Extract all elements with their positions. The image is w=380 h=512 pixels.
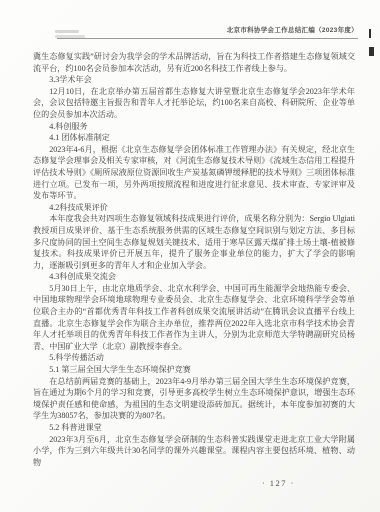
section-heading: 5.科学传播活动 bbox=[33, 352, 355, 364]
body-paragraph: 在总结前两届竞赛的基础上，2023年4-9月举办第三届全国大学生生态环境保护竞赛… bbox=[33, 376, 355, 422]
page-number: · 127 · bbox=[262, 478, 295, 488]
page-edge-tab-bar bbox=[369, 47, 374, 56]
body-paragraph: 2023年3月至6月，北京生态修复学会研制的生态科普实践课堂走进北京工业大学附属… bbox=[33, 434, 355, 469]
faded-stamp-line bbox=[55, 30, 79, 33]
page-edge-tab-bar bbox=[369, 29, 371, 38]
faded-stamp bbox=[55, 30, 85, 38]
body-paragraph: 本年度我会共对四项生态修复领域科技成果进行评价，成果名称分别为：Sergio U… bbox=[33, 213, 355, 271]
section-heading: 5.2 科普进课堂 bbox=[33, 422, 355, 434]
header-rule bbox=[57, 38, 358, 39]
section-heading: 3.3学术年会 bbox=[33, 74, 355, 86]
body-paragraph: 5月30日上午，由北京地质学会、北京水利学会、中国可再生能源学会地热能专委会、中… bbox=[33, 283, 355, 353]
section-heading: 4.1 团体标准制定 bbox=[33, 132, 355, 144]
page-footer: · 127 · bbox=[33, 473, 295, 491]
section-heading: 4.科创服务 bbox=[33, 121, 355, 133]
document-body: 冀生态修复实践”研讨会为我学会的学术品牌活动，旨在为科技工作者搭建生态修复领域交… bbox=[33, 51, 355, 468]
body-paragraph: 12月10日，在北京举办第五届首都生态修复大讲堂暨北京生态修复学会2023年学术… bbox=[33, 86, 355, 121]
section-heading: 5.1 第三届全国大学生生态环境保护竞赛 bbox=[33, 364, 355, 376]
body-paragraph: 冀生态修复实践”研讨会为我学会的学术品牌活动，旨在为科技工作者搭建生态修复领域交… bbox=[33, 51, 355, 74]
document-page: 北京市科协学会工作总结汇编（2023年度） 冀生态修复实践”研讨会为我学会的学术… bbox=[0, 0, 380, 512]
running-head-title: 北京市科协学会工作总结汇编（2023年度） bbox=[227, 27, 358, 35]
page-edge-tab-icon bbox=[369, 29, 380, 65]
section-heading: 4.2科技成果评价 bbox=[33, 202, 355, 214]
section-heading: 4.3科创成果交流会 bbox=[33, 271, 355, 283]
body-paragraph: 2023年4-6月，根据《北京生态修复学会团体标准工作管理办法》有关规定，经北京… bbox=[33, 144, 355, 202]
